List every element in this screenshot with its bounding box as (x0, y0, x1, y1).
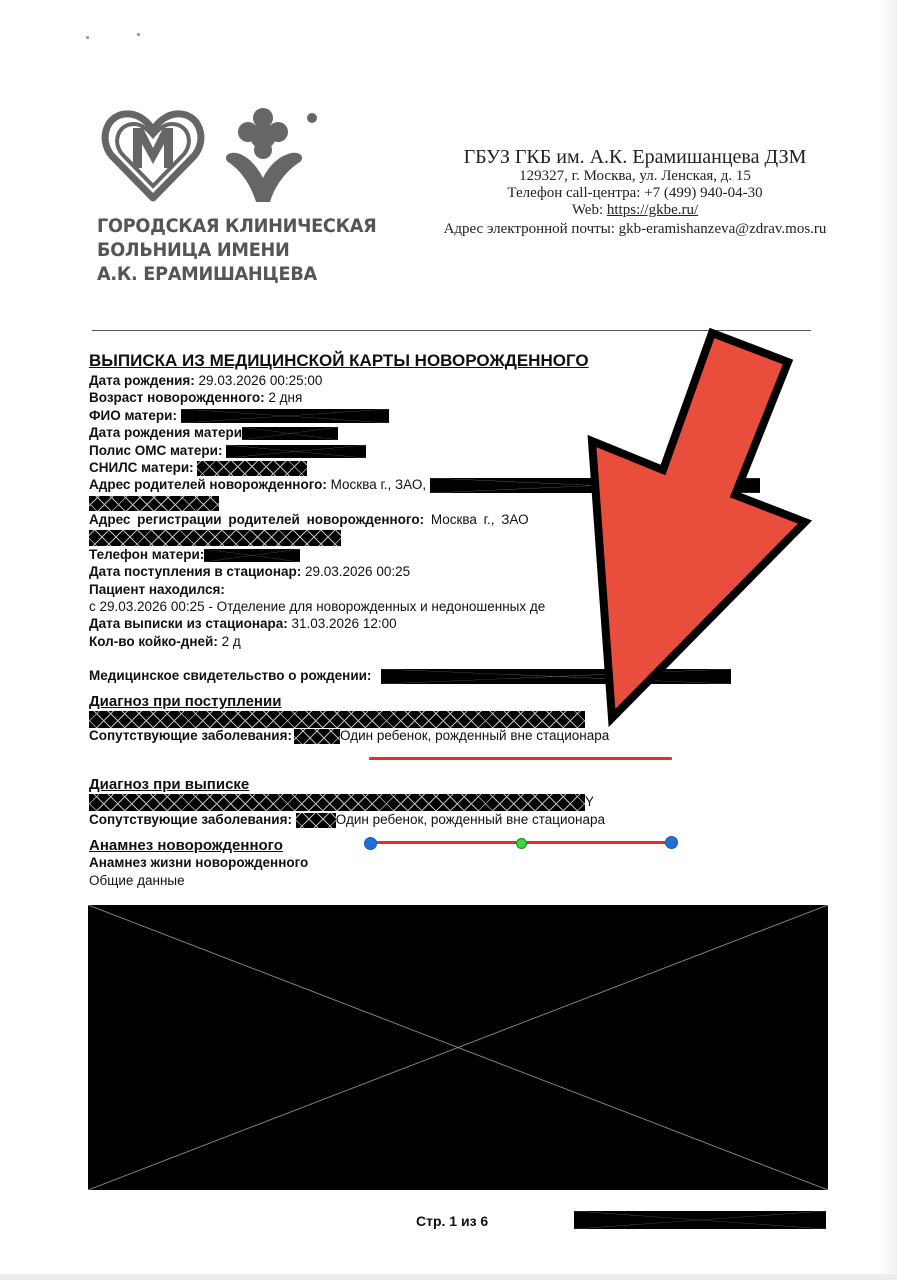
web-link[interactable]: https://gkbe.ru/ (607, 202, 698, 218)
redaction-block (381, 669, 731, 684)
hospital-contact-header: ГБУЗ ГКБ им. А.К. Ерамишанцева ДЗМ 12932… (410, 146, 860, 238)
redaction-block (89, 496, 219, 511)
subsection-heading: Анамнез жизни новорожденного (89, 855, 308, 870)
line-midpoint-handle[interactable] (516, 838, 527, 849)
admission-comorbid-row: Сопутствующие заболевания:Один ребенок, … (89, 727, 819, 744)
field-label: СНИЛС матери: (89, 460, 194, 475)
field-label: Дата поступления в стационар: (89, 564, 301, 579)
hospital-logo (100, 106, 335, 206)
heart-m-logo-icon (100, 106, 335, 206)
logo-line: А.К. ЕРАМИШАНЦЕВА (97, 262, 377, 286)
mother-birth-row: Дата рождения матери (89, 424, 819, 441)
field-value: Москва г., ЗАО, (327, 477, 426, 492)
field-label: Кол-во койко-дней: (89, 634, 218, 649)
organization-name: ГБУЗ ГКБ им. А.К. Ерамишанцева ДЗМ (410, 146, 860, 168)
discharge-comorbid-row: Сопутствующие заболевания: Один ребенок,… (89, 811, 819, 828)
field-value: 29.03.2026 00:25 (301, 564, 410, 579)
field-label: Дата выписки из стационара: (89, 616, 288, 631)
field-label: Сопутствующие заболевания: (89, 812, 292, 827)
mother-snils-row: СНИЛС матери: (89, 459, 819, 476)
address: 129327, г. Москва, ул. Ленская, д. 15 (410, 168, 860, 185)
discharge-document: ВЫПИСКА ИЗ МЕДИЦИНСКОЙ КАРТЫ НОВОРОЖДЕНН… (89, 350, 819, 889)
page-bottom-edge (0, 1274, 897, 1280)
field-label: Пациент находился: (89, 582, 225, 597)
redaction-block (89, 711, 585, 728)
field-value: 31.03.2026 12:00 (288, 616, 397, 631)
redaction-block (181, 409, 389, 423)
web-label: Web: (572, 202, 607, 218)
line-start-handle[interactable] (364, 837, 377, 850)
comorbid-value: Один ребенок, рожденный вне стационара (340, 728, 609, 743)
section-heading: Диагноз при поступлении (89, 693, 281, 710)
field-label: Сопутствующие заболевания: (89, 728, 292, 743)
parents-address-cont-row (89, 494, 819, 511)
registration-address-cont-row (89, 529, 819, 546)
field-value: 2 д (218, 634, 241, 649)
field-label: Медицинское свидетельство о рождении: (89, 668, 371, 683)
field-value: 29.03.2026 00:25:00 (195, 373, 323, 388)
field-label: ФИО матери: (89, 408, 177, 423)
hospital-name-logo-text: ГОРОДСКАЯ КЛИНИЧЕСКАЯ БОЛЬНИЦА ИМЕНИ А.К… (97, 214, 377, 286)
cross-flower-icon (226, 108, 317, 202)
section-heading: Диагноз при выписке (89, 776, 249, 793)
scan-speck (86, 36, 89, 39)
page-edge-shadow (877, 0, 897, 1280)
discharge-date-row: Дата выписки из стационара: 31.03.2026 1… (89, 615, 819, 632)
field-label: Адрес родителей новорожденного: (89, 477, 327, 492)
anamnesis-subheading: Анамнез жизни новорожденного (89, 854, 819, 871)
admission-date-row: Дата поступления в стационар: 29.03.2026… (89, 563, 819, 580)
redaction-block (226, 445, 366, 458)
large-redaction-block (88, 905, 828, 1190)
patient-stay-label-row: Пациент находился: (89, 581, 819, 598)
discharge-diagnosis-row: Y (89, 793, 819, 810)
admission-diagnosis-heading: Диагноз при поступлении (89, 693, 819, 710)
birth-date-row: Дата рождения: 29.03.2026 00:25:00 (89, 372, 819, 389)
redaction-block (294, 729, 340, 744)
email: Адрес электронной почты: gkb-eramishanze… (410, 221, 860, 238)
redaction-block (242, 427, 338, 440)
field-label: Телефон матери: (89, 547, 204, 562)
parents-address-row: Адрес родителей новорожденного: Москва г… (89, 476, 819, 493)
field-label: Возраст новорожденного: (89, 390, 265, 405)
field-label: Полис ОМС матери: (89, 443, 222, 458)
birth-certificate-row: Медицинское свидетельство о рождении: (89, 667, 819, 684)
general-data-label: Общие данные (89, 873, 185, 888)
mother-phone-row: Телефон матери: (89, 546, 819, 563)
web: Web: https://gkbe.ru/ (410, 202, 860, 219)
field-value: Москва г., ЗАО (424, 512, 528, 527)
scan-speck (137, 33, 140, 36)
diagnosis-trailing-char: Y (585, 794, 594, 809)
header-divider (92, 330, 811, 331)
redaction-block (204, 549, 300, 562)
redaction-block (197, 461, 307, 476)
document-title: ВЫПИСКА ИЗ МЕДИЦИНСКОЙ КАРТЫ НОВОРОЖДЕНН… (89, 350, 819, 372)
field-label: Дата рождения: (89, 373, 195, 388)
comorbid-value: Один ребенок, рожденный вне стационара (336, 812, 605, 827)
line-end-handle[interactable] (665, 836, 678, 849)
field-value: с 29.03.2026 00:25 - Отделение для новор… (89, 599, 545, 614)
registration-address-row: Адрес регистрации родителей новорожденно… (89, 511, 819, 528)
redaction-block (296, 813, 336, 828)
age-row: Возраст новорожденного: 2 дня (89, 389, 819, 406)
field-value: 2 дня (265, 390, 303, 405)
logo-line: БОЛЬНИЦА ИМЕНИ (97, 238, 377, 262)
field-label: Дата рождения матери (89, 425, 242, 440)
field-label: Адрес регистрации родителей новорожденно… (89, 512, 424, 527)
red-underline-annotation (369, 757, 672, 760)
page-number: Стр. 1 из 6 (416, 1213, 488, 1229)
phone: Телефон call-центра: +7 (499) 940-04-30 (410, 185, 860, 202)
section-heading: Анамнез новорожденного (89, 837, 283, 854)
patient-stay-value-row: с 29.03.2026 00:25 - Отделение для новор… (89, 598, 819, 615)
mother-oms-row: Полис ОМС матери: (89, 442, 819, 459)
footer-redaction-block (574, 1211, 826, 1229)
discharge-diagnosis-heading: Диагноз при выписке (89, 776, 819, 793)
redaction-block (89, 530, 341, 546)
redaction-block (430, 478, 760, 493)
mother-name-row: ФИО матери: (89, 407, 819, 424)
admission-diagnosis-row (89, 710, 819, 727)
anamnesis-general: Общие данные (89, 872, 819, 889)
bed-days-row: Кол-во койко-дней: 2 д (89, 633, 819, 650)
logo-line: ГОРОДСКАЯ КЛИНИЧЕСКАЯ (97, 214, 377, 238)
redaction-cross (88, 905, 828, 1190)
anamnesis-heading: Анамнез новорожденного (89, 837, 819, 854)
redaction-block (89, 794, 585, 811)
